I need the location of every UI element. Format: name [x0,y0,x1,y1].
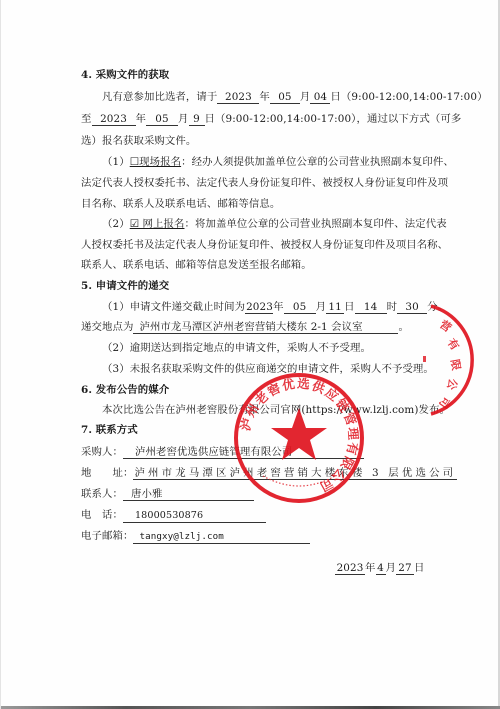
purchaser-row: 采购人：泸州老窖优选供应链管理有限公司 [81,445,364,459]
text: 月 [178,113,189,125]
option-1-line-1: （1）☐现场报名：经办人须提供加盖单位公章的公司营业执照副本复印件、 [102,155,454,169]
end-year: 2023 [92,113,136,126]
start-month: 05 [270,91,300,104]
end-day: 9 [189,113,205,126]
end-month: 05 [146,113,178,126]
option-2-line-1: （2）☑ 网上报名：将加盖单位公章的公司营业执照副本复印件、法定代表 [102,217,447,231]
svg-text:公: 公 [444,377,460,392]
section-4-paragraph-line-2: 至2023年05月9日（9:00-12:00,14:00-17:00），通过以下… [81,112,461,126]
text: 年 [259,91,270,103]
text: 年 [365,562,376,574]
svg-text:限: 限 [448,358,464,371]
signature-month: 4 [376,562,386,575]
text: 递交地点为 [81,321,133,333]
deadline-minute: 30 [397,301,427,314]
phone-row: 电 话：18000530876 [81,508,266,523]
section-5-location-line: 递交地点为泸州市龙马潭区泸州老窖营销大楼东 2-1 会议室。 [81,320,409,334]
purchaser-value: 泸州老窖优选供应链管理有限公司 [123,446,364,459]
deadline-hour: 14 [355,301,387,314]
section-6-heading: 6. 发布公告的媒介 [81,383,169,397]
text: 分。 [427,301,448,313]
section-7-heading: 7. 联系方式 [81,423,138,437]
text: 时 [387,301,398,313]
text: 。 [398,321,409,333]
deadline-day: 11 [326,301,344,314]
deadline-month: 05 [284,301,316,314]
text: 至 [81,113,92,125]
text: ：将加盖单位公章的公司营业执照副本复印件、法定代表 [184,218,446,230]
signature-year: 2023 [335,562,365,575]
option-2-line-3: 联系人、联系电话、邮箱等信息发送至报名邮箱。 [81,258,312,272]
text: （1）申请文件递交截止时间为 [102,301,245,313]
section-5-item-3: （3）未报名获取采购文件的供应商递交的申请文件，采购人不予受理。 [102,362,434,376]
text: 日（9:00-12:00,14:00-17:00） [330,91,487,103]
text: （1） [102,156,130,168]
section-5-deadline-line: （1）申请文件递交截止时间为2023年05月11日14时30分。 [102,300,448,314]
address-value: 泸州市龙马潭区泸州老窖营销大楼东楼 3 层优选公司 [133,467,457,480]
section-4-paragraph-line-1: 凡有意参加比选者，请于2023年05月04日（9:00-12:00,14:00-… [102,90,488,104]
purchaser-label: 采购人： [81,446,123,458]
start-day: 04 [310,91,330,104]
svg-text:营: 营 [437,317,454,335]
text: （2） [102,218,130,230]
text: 月 [386,562,397,574]
onsite-registration-checkbox[interactable]: ☐现场报名 [130,156,181,168]
signature-date: 2023年4月27日 [335,561,425,575]
email-row: 电子邮箱：tangxy@lzlj.com [81,529,310,544]
text: 年 [136,113,147,125]
text: 日 [414,562,425,574]
text: 凡有意参加比选者，请于 [102,91,217,103]
contact-label: 联系人： [81,488,123,500]
document-page: 4. 采购文件的获取 凡有意参加比选者，请于2023年05月04日（9:00-1… [0,0,500,709]
signature-day: 27 [396,562,414,575]
section-5-heading: 5. 申请文件的递交 [81,279,169,293]
option-1-line-2: 法定代表人授权委托书、法定代表人身份证复印件、被授权人身份证复印件及项 [81,176,448,190]
contact-row: 联系人：唐小雅 [81,487,254,501]
text: 日 [344,301,355,313]
submission-location: 泸州市龙马潭区泸州老窖营销大楼东 2-1 会议室 [133,321,398,334]
text: 月 [316,301,327,313]
svg-text:有: 有 [445,336,463,353]
text: 月 [300,91,311,103]
text: 日（9:00-12:00,14:00-17:00），通过以下方式（可多 [205,113,462,125]
address-row: 地 址：泸州市龙马潭区泸州老窖营销大楼东楼 3 层优选公司 [81,466,457,480]
online-registration-checkbox[interactable]: ☑ 网上报名 [130,218,185,230]
section-6-text: 本次比选公告在泸州老窖股份有限公司官网(https://www.lzlj.com… [102,403,450,417]
option-1-line-3: 目名称、联系人及联系电话、邮箱等信息。 [81,197,280,211]
contact-value: 唐小雅 [123,488,254,501]
seam-seal-stamp: 营 有 限 公 司 [421,300,500,420]
phone-label: 电 话： [81,509,123,521]
text: ：经办人须提供加盖单位公章的公司营业执照副本复印件、 [181,156,454,168]
section-4-heading: 4. 采购文件的获取 [81,68,169,82]
section-5-item-2: （2）逾期送达到指定地点的申请文件，采购人不予受理。 [102,341,371,355]
email-value[interactable]: tangxy@lzlj.com [133,531,310,544]
address-label: 地 址： [81,467,133,479]
section-4-paragraph-line-3: 选）报名获取采购文件。 [81,134,196,148]
text: 年 [273,301,284,313]
start-year: 2023 [217,91,259,104]
option-2-line-2: 人授权委托书及法定代表人身份证复印件、被授权人身份证复印件及项目名称、 [81,238,448,252]
deadline-year: 2023 [245,301,273,314]
phone-value: 18000530876 [123,510,266,523]
email-label: 电子邮箱： [81,530,133,542]
